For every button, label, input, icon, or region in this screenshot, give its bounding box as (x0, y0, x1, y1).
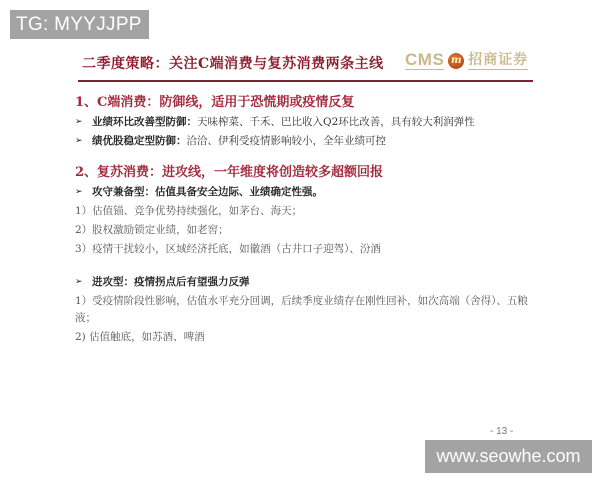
bullet-label: 进攻型：疫情拐点后有望强力反弹 (92, 273, 250, 292)
bullet-item: ➢ 绩优股稳定型防御：洽洽、伊利受疫情影响较小，全年业绩可控 (75, 132, 545, 151)
arrow-bullet-icon: ➢ (75, 113, 92, 132)
arrow-bullet-icon: ➢ (75, 273, 92, 292)
logo-cms-text: CMS (405, 51, 444, 70)
watermark-top: TG: MYYJJPP (10, 10, 149, 39)
numbered-item: 2）股权激励锁定业绩，如老窖； (75, 221, 545, 240)
section-heading-recovery: 2、复苏消费：进攻线，一年维度将创造较多超额回报 (75, 163, 545, 183)
bullet-label: 绩优股稳定型防御： (92, 135, 187, 147)
slide-title: 二季度策略：关注C端消费与复苏消费两条主线 (82, 53, 384, 73)
section-heading-c-end: 1、C端消费：防御线，适用于恐慌期或疫情反复 (75, 93, 545, 113)
page-number: - 13 - (490, 426, 513, 437)
company-logo: CMS m 招商证券 (405, 51, 528, 70)
numbered-item: 1）受疫情阶段性影响，估值水平充分回调，后续季度业绩存在刚性回补，如次高端（舍得… (75, 292, 545, 328)
slide-content: 1、C端消费：防御线，适用于恐慌期或疫情反复 ➢ 业绩环比改善型防御：天味榨菜、… (75, 93, 545, 347)
bullet-text: 洽洽、伊利受疫情影响较小，全年业绩可控 (187, 135, 387, 147)
bullet-label: 攻守兼备型：估值具备安全边际、业绩确定性强。 (92, 183, 323, 202)
watermark-bottom: www.seowhe.com (425, 440, 592, 473)
numbered-item: 1）估值锚、竞争优势持续强化，如茅台、海天； (75, 202, 545, 221)
numbered-item: 3）疫情干扰较小，区域经济托底，如徽酒（古井口子迎驾）、汾酒 (75, 240, 545, 259)
logo-cn-name: 招商证券 (468, 51, 528, 70)
bullet-item: ➢ 进攻型：疫情拐点后有望强力反弹 (75, 273, 545, 292)
logo-mark-icon: m (448, 53, 464, 69)
bullet-item: ➢ 攻守兼备型：估值具备安全边际、业绩确定性强。 (75, 183, 545, 202)
slide-page: TG: MYYJJPP 二季度策略：关注C端消费与复苏消费两条主线 CMS m … (0, 0, 600, 480)
bullet-label: 业绩环比改善型防御： (92, 116, 197, 128)
arrow-bullet-icon: ➢ (75, 183, 92, 202)
title-divider (78, 80, 533, 82)
bullet-text: 天味榨菜、千禾、巴比收入Q2环比改善，具有较大利润弹性 (197, 116, 475, 128)
arrow-bullet-icon: ➢ (75, 132, 92, 151)
numbered-item: 2) 估值触底，如苏酒、啤酒 (75, 328, 545, 347)
bullet-item: ➢ 业绩环比改善型防御：天味榨菜、千禾、巴比收入Q2环比改善，具有较大利润弹性 (75, 113, 545, 132)
